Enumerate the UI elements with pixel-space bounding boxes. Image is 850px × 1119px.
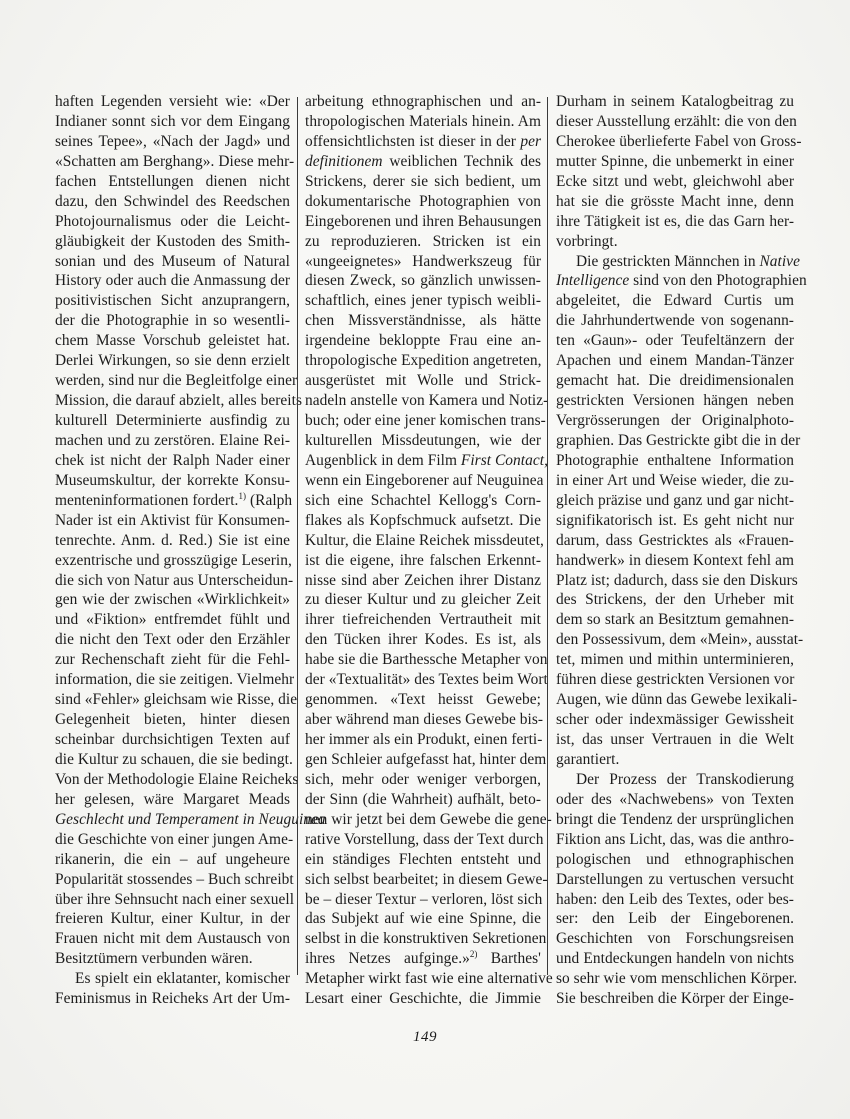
- text-line: menteninformationen fordert.1) (Ralph: [55, 491, 290, 511]
- text-line: Eingeborenen und ihren Behausungen: [305, 212, 541, 232]
- text-line: exzentrische und grosszügige Leserin,: [55, 551, 290, 571]
- text-line: sonian und des Museum of Natural: [55, 252, 290, 272]
- text-line: Derlei Wirkungen, so sie denn erzielt: [55, 351, 290, 371]
- text-line: habe sie die Barthessche Metapher von: [305, 650, 541, 670]
- text-line: die sich von Natur aus Unterscheidun-: [55, 571, 290, 591]
- text-line: vorbringt.: [556, 232, 794, 252]
- text-line: her gelesen, wäre Margaret Meads: [55, 790, 290, 810]
- text-line: dem so stark an Besitztum gemahnen-: [556, 610, 794, 630]
- text-line: flakes als Kopfschmuck aufsetzt. Die: [305, 511, 541, 531]
- text-line: Die gestrickten Männchen in Native: [556, 252, 794, 272]
- text-column-2: arbeitung ethnographischen und an-thropo…: [305, 92, 541, 1009]
- text-line: gleich präzise und ganz und gar nicht-: [556, 491, 794, 511]
- text-line: sich selbst bearbeitet; in diesem Gewe-: [305, 870, 541, 890]
- text-line: sich eine Schachtel Kellogg's Corn-: [305, 491, 541, 511]
- text-column-1: haften Legenden versieht wie: «DerIndian…: [55, 92, 290, 1009]
- text-line: Feminismus in Reicheks Art der Um-: [55, 989, 290, 1009]
- text-line: abgeleitet, die Edward Curtis um: [556, 291, 794, 311]
- text-line: Platz ist; dadurch, dass sie den Diskurs: [556, 571, 794, 591]
- text-line: scheinbar durchsichtigen Texten auf: [55, 730, 290, 750]
- text-line: rative Vorstellung, dass der Text durch: [305, 830, 541, 850]
- text-line: dokumentarische Photographien von: [305, 192, 541, 212]
- text-line: der die Photographie in so wesentli-: [55, 311, 290, 331]
- text-line: gläubigkeit der Kustoden des Smith-: [55, 232, 290, 252]
- text-line: darum, dass Gestricktes als «Frauen-: [556, 531, 794, 551]
- text-line: tenrechte. Anm. d. Red.) Sie ist eine: [55, 531, 290, 551]
- text-line: Darstellungen zu vertuschen versucht: [556, 870, 794, 890]
- text-line: definitionem weiblichen Technik des: [305, 152, 541, 172]
- text-line: fachen Entstellungen dienen nicht: [55, 172, 290, 192]
- text-line: diesen Zweck, so gänzlich unwissen-: [305, 271, 541, 291]
- text-line: werden, sind nur die Begleitfolge einer: [55, 371, 290, 391]
- text-line: dazu, den Schwindel des Reedschen: [55, 192, 290, 212]
- column-divider-2: [547, 97, 548, 975]
- text-line: Geschichten von Forschungsreisen: [556, 929, 794, 949]
- text-line: die Jahrhundertwende von sogenann-: [556, 311, 794, 331]
- text-line: so sehr wie vom menschlichen Körper.: [556, 969, 794, 989]
- text-line: chek ist nicht der Ralph Nader einer: [55, 451, 290, 471]
- text-line: den Possessivum, dem «Mein», ausstat-: [556, 630, 794, 650]
- text-line: be – dieser Textur – verloren, löst sich: [305, 890, 541, 910]
- text-line: graphien. Das Gestrickte gibt die in der: [556, 431, 794, 451]
- text-line: zu dieser Kultur und zu gleicher Zeit: [305, 590, 541, 610]
- text-line: die Kultur zu schauen, die sie bedingt.: [55, 750, 290, 770]
- text-line: gen wie der zwischen «Wirklichkeit»: [55, 590, 290, 610]
- text-line: rikanerin, die ein – auf ungeheure: [55, 850, 290, 870]
- text-line: Museumskultur, der korrekte Konsu-: [55, 471, 290, 491]
- text-line: ist, das unser Vertrauen in die Welt: [556, 730, 794, 750]
- text-line: Mission, die darauf abzielt, alles berei…: [55, 391, 290, 411]
- column-divider-1: [297, 97, 298, 975]
- text-line: her immer als ein Produkt, einen ferti-: [305, 730, 541, 750]
- text-line: Von der Methodologie Elaine Reicheks: [55, 770, 290, 790]
- text-line: garantiert.: [556, 750, 794, 770]
- text-line: Durham in seinem Katalogbeitrag zu: [556, 92, 794, 112]
- text-line: oder des «Nachwebens» von Texten: [556, 790, 794, 810]
- text-line: zu reproduzieren. Stricken ist ein: [305, 232, 541, 252]
- text-line: Intelligence sind von den Photographien: [556, 271, 794, 291]
- text-line: genommen. «Text heisst Gewebe;: [305, 690, 541, 710]
- page-number: 149: [0, 1029, 850, 1046]
- text-line: freieren Kultur, einer Kultur, in der: [55, 909, 290, 929]
- text-line: Fiktion ans Licht, das, was die anthro-: [556, 830, 794, 850]
- text-line: thropologischen Materials hinein. Am: [305, 112, 541, 132]
- text-line: History oder auch die Anmassung der: [55, 271, 290, 291]
- text-line: aber während man dieses Gewebe bis-: [305, 710, 541, 730]
- text-line: Besitztümern verbunden wären.: [55, 949, 290, 969]
- text-line: «ungeeignetes» Handwerkszeug für: [305, 252, 541, 272]
- text-line: sich, mehr oder weniger verborgen,: [305, 770, 541, 790]
- text-line: schaftlich, eines jener typisch weibli-: [305, 291, 541, 311]
- text-line: die Geschichte von einer jungen Ame-: [55, 830, 290, 850]
- text-line: Ecke sitzt und webt, gleichwohl aber: [556, 172, 794, 192]
- text-line: kulturell Determinierte ausfindig zu: [55, 411, 290, 431]
- text-line: Frauen nicht mit dem Austausch von: [55, 929, 290, 949]
- text-line: der Sinn (die Wahrheit) aufhält, beto-: [305, 790, 541, 810]
- text-line: ten «Gaun»- oder Teufeltänzern der: [556, 331, 794, 351]
- text-line: tet, mimen und mithin unterminieren,: [556, 650, 794, 670]
- text-line: selbst in die konstruktiven Sekretionen: [305, 929, 541, 949]
- text-line: ihrer tiefreichenden Vertrautheit mit: [305, 610, 541, 630]
- text-line: Indianer sonnt sich vor dem Eingang: [55, 112, 290, 132]
- text-line: sind «Fehler» gleichsam wie Risse, die: [55, 690, 290, 710]
- text-line: Popularität stossendes – Buch schreibt: [55, 870, 290, 890]
- text-line: gen Schleier aufgefasst hat, hinter dem: [305, 750, 541, 770]
- text-line: offensichtlichsten ist dieser in der per: [305, 132, 541, 152]
- text-line: Es spielt ein eklatanter, komischer: [55, 969, 290, 989]
- text-line: Augenblick in dem Film First Contact,: [305, 451, 541, 471]
- text-line: Sie beschreiben die Körper der Einge-: [556, 989, 794, 1009]
- document-page: haften Legenden versieht wie: «DerIndian…: [0, 0, 850, 1119]
- text-line: Strickens, derer sie sich bedient, um: [305, 172, 541, 192]
- text-line: zur Rechenschaft zieht für die Fehl-: [55, 650, 290, 670]
- text-line: gestrickten Versionen hängen neben: [556, 391, 794, 411]
- text-line: buch; oder eine jener komischen trans-: [305, 411, 541, 431]
- text-line: signifikatorisch ist. Es geht nicht nur: [556, 511, 794, 531]
- text-line: irgendeine bekloppte Frau eine an-: [305, 331, 541, 351]
- text-line: nisse sind aber Zeichen ihrer Distanz: [305, 571, 541, 591]
- text-line: chen Missverständnisse, als hätte: [305, 311, 541, 331]
- text-line: Lesart einer Geschichte, die Jimmie: [305, 989, 541, 1009]
- text-line: in einer Art und Weise wieder, die zu-: [556, 471, 794, 491]
- text-line: positivistischen Sicht anzuprangern,: [55, 291, 290, 311]
- text-line: und Entdeckungen handeln von nichts: [556, 949, 794, 969]
- text-line: arbeitung ethnographischen und an-: [305, 92, 541, 112]
- text-line: machen und zu zerstören. Elaine Rei-: [55, 431, 290, 451]
- text-line: Cherokee überlieferte Fabel von Gross-: [556, 132, 794, 152]
- text-line: scher oder indexmässiger Gewissheit: [556, 710, 794, 730]
- text-line: ihres Netzes aufginge.»2) Barthes': [305, 949, 541, 969]
- text-line: Photographie enthaltene Information: [556, 451, 794, 471]
- text-line: bringt die Tendenz der ursprünglichen: [556, 810, 794, 830]
- text-line: der «Textualität» des Textes beim Wort: [305, 670, 541, 690]
- text-line: Vergrösserungen der Originalphoto-: [556, 411, 794, 431]
- text-line: Photojournalismus oder die Leicht-: [55, 212, 290, 232]
- text-line: gemacht hat. Die dreidimensionalen: [556, 371, 794, 391]
- text-line: Nader ist ein Aktivist für Konsumen-: [55, 511, 290, 531]
- text-line: haften Legenden versieht wie: «Der: [55, 92, 290, 112]
- text-line: die nicht den Text oder den Erzähler: [55, 630, 290, 650]
- text-line: pologischen und ethnographischen: [556, 850, 794, 870]
- text-line: kulturellen Missdeutungen, wie der: [305, 431, 541, 451]
- text-line: dieser Ausstellung erzählt: die von den: [556, 112, 794, 132]
- text-line: nen wir jetzt bei dem Gewebe die gene-: [305, 810, 541, 830]
- text-line: des Strickens, der den Urheber mit: [556, 590, 794, 610]
- text-line: ist die eigene, ihre falschen Erkennt-: [305, 551, 541, 571]
- text-line: Metapher wirkt fast wie eine alternative: [305, 969, 541, 989]
- text-line: wenn ein Eingeborener auf Neuguinea: [305, 471, 541, 491]
- text-line: über ihre Sehnsucht nach einer sexuell: [55, 890, 290, 910]
- text-line: Geschlecht und Temperament in Neuguinea: [55, 810, 290, 830]
- text-line: seines Tepee», «Nach der Jagd» und: [55, 132, 290, 152]
- text-line: handwerk» in diesem Kontext fehl am: [556, 551, 794, 571]
- text-line: Kultur, die Elaine Reichek missdeutet,: [305, 531, 541, 551]
- text-line: Apachen und einem Mandan-Tänzer: [556, 351, 794, 371]
- text-line: führen diese gestrickten Versionen vor: [556, 670, 794, 690]
- text-line: information, die sie zeitigen. Vielmehr: [55, 670, 290, 690]
- text-line: mutter Spinne, die unbemerkt in einer: [556, 152, 794, 172]
- text-line: ausgerüstet mit Wolle und Strick-: [305, 371, 541, 391]
- text-line: und «Fiktion» entfremdet fühlt und: [55, 610, 290, 630]
- text-line: «Schatten am Berghang». Diese mehr-: [55, 152, 290, 172]
- text-line: ein ständiges Flechten entsteht und: [305, 850, 541, 870]
- text-line: chem Masse Vorschub geleistet hat.: [55, 331, 290, 351]
- text-line: Augen, wie dünn das Gewebe lexikali-: [556, 690, 794, 710]
- text-column-3: Durham in seinem Katalogbeitrag zudieser…: [556, 92, 794, 1009]
- text-line: hat sie die grösste Macht inne, denn: [556, 192, 794, 212]
- text-line: Der Prozess der Transkodierung: [556, 770, 794, 790]
- text-line: haben: den Leib des Textes, oder bes-: [556, 890, 794, 910]
- text-line: Gelegenheit bieten, hinter diesen: [55, 710, 290, 730]
- text-line: ser: den Leib der Eingeborenen.: [556, 909, 794, 929]
- text-line: nadeln anstelle von Kamera und Notiz-: [305, 391, 541, 411]
- text-line: thropologische Expedition angetreten,: [305, 351, 541, 371]
- text-line: das Subjekt auf wie eine Spinne, die: [305, 909, 541, 929]
- text-line: ihre Tätigkeit ist es, die das Garn her-: [556, 212, 794, 232]
- text-line: den Tücken ihrer Kodes. Es ist, als: [305, 630, 541, 650]
